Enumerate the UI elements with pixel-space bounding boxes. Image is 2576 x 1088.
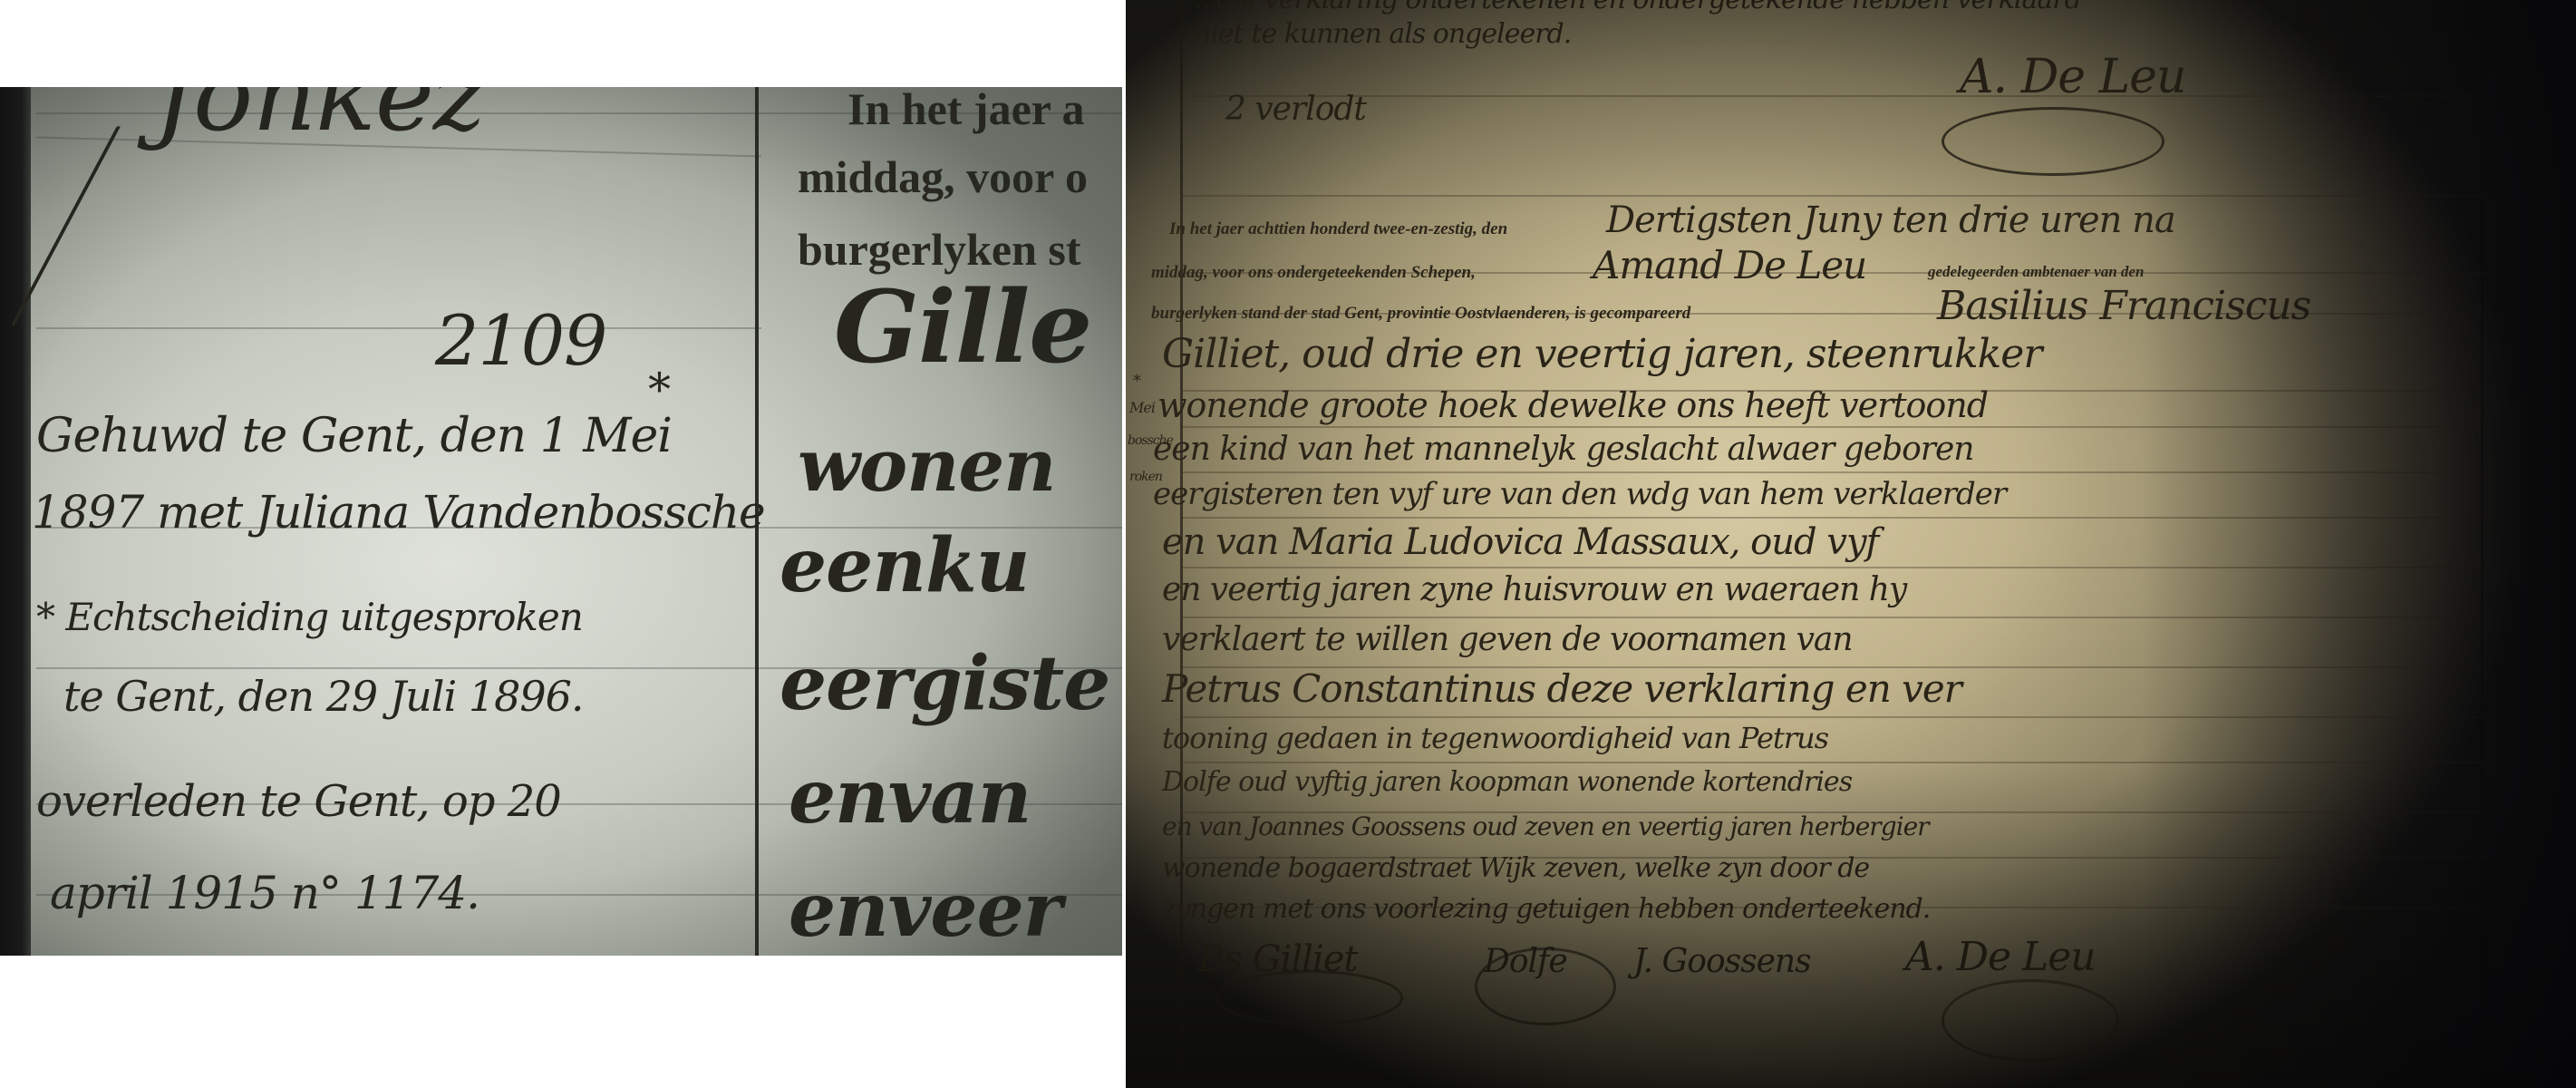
ruled-line xyxy=(1180,426,2485,428)
printed-line-3: burgerlyken stand der stad Gent, provint… xyxy=(1151,304,1690,324)
note-line-4: te Gent, den 29 Juli 1896. xyxy=(63,672,584,721)
script-fragment-3: eenku xyxy=(780,522,1029,609)
margin-fragment-4: roken xyxy=(1129,470,1162,484)
margin-fragment-2: Mei xyxy=(1129,399,1155,416)
ruled-line xyxy=(1180,95,2485,97)
left-photo-marginal-note: Jonkez 2109 * Gehuwd te Gent, den 1 Mei … xyxy=(0,87,1122,956)
printed-line-2: middag, voor ons ondergeteekenden Schepe… xyxy=(1151,263,1476,283)
ruled-line xyxy=(1180,716,2485,718)
body-line-5: en van Maria Ludovica Massaux, oud vyf xyxy=(1162,521,1878,563)
body-line-13: zyngen met ons voorlezing getuigen hebbe… xyxy=(1162,893,1930,925)
note-line-5: overleden te Gent, op 20 xyxy=(36,776,561,827)
body-line-12: wonende bogaerdstraet Wijk zeven, welke … xyxy=(1162,852,1869,884)
script-fragment-6: enveer xyxy=(789,867,1061,954)
right-photo-birth-record: ...die verklaring ondertekenen en onderg… xyxy=(1126,0,2576,1088)
signature-flourish xyxy=(1942,979,2119,1062)
body-line-3: een kind van het mannelyk geslacht alwae… xyxy=(1153,431,1974,468)
ruled-line xyxy=(1180,567,2485,568)
script-fragment-5: envan xyxy=(789,753,1031,840)
margin-fragment-asterisk: * xyxy=(1133,372,1140,391)
ruled-line xyxy=(1180,617,2485,618)
handwritten-date: Dertigsten Juny ten drie uren na xyxy=(1606,199,2175,241)
body-line-4: eergisteren ten vyf ure van den wdg van … xyxy=(1153,476,2006,512)
record-number: 2109 xyxy=(435,300,606,381)
top-signature-fragment: Jonkez xyxy=(154,87,485,153)
signature-flourish xyxy=(1942,107,2164,176)
note-line-3: * Echtscheiding uitgesproken xyxy=(36,595,583,639)
body-line-1: Gilliet, oud drie en veertig jaren, stee… xyxy=(1162,331,2041,377)
note-line-1: Gehuwd te Gent, den 1 Mei xyxy=(36,409,672,463)
handwritten-father-name: Basilius Franciscus xyxy=(1937,283,2310,329)
ruled-line xyxy=(1180,517,2485,519)
note-line-6: april 1915 n° 1174. xyxy=(50,867,479,919)
printed-fragment-2: middag, voor o xyxy=(798,151,1088,203)
body-line-7: verklaert te willen geven de voornamen v… xyxy=(1162,621,1853,658)
script-fragment-2: wonen xyxy=(798,423,1055,508)
signature-de-leu: A. De Leu xyxy=(1905,934,2096,980)
previous-record-line-2: niet te kunnen als ongeleerd. xyxy=(1194,18,1571,50)
body-line-9: tooning gedaen in tegenwoordigheid van P… xyxy=(1162,721,1828,755)
ruled-line xyxy=(36,327,761,329)
ruled-line xyxy=(1180,471,2485,473)
previous-record-line-1: ...die verklaring ondertekenen en onderg… xyxy=(1194,0,2081,15)
body-line-6: en veertig jaren zyne huisvrouw en waera… xyxy=(1162,571,1906,608)
printed-fragment-1: In het jaer a xyxy=(847,87,1085,135)
handwritten-schepen-name: Amand De Leu xyxy=(1593,243,1866,287)
body-line-2: wonende groote hoek dewelke ons heeft ve… xyxy=(1157,385,1988,425)
signature-flourish xyxy=(1475,947,1616,1025)
margin-note: 2 verlodt xyxy=(1225,91,1366,128)
ruled-line xyxy=(1180,762,2485,763)
body-line-8: Petrus Constantinus deze verklaring en v… xyxy=(1162,666,1961,711)
body-line-11: en van Joannes Goossens oud zeven en vee… xyxy=(1162,811,1929,841)
body-line-10: Dolfe oud vyftig jaren koopman wonende k… xyxy=(1162,766,1852,798)
film-edge xyxy=(0,87,31,956)
previous-signature: A. De Leu xyxy=(1960,50,2185,104)
signature-flourish xyxy=(1216,970,1403,1025)
ruled-line xyxy=(1180,195,2485,197)
printed-line-1: In het jaer achttien honderd twee-en-zes… xyxy=(1169,219,1507,239)
margin-line-right xyxy=(2481,0,2484,1088)
script-fragment-gilliet: Gille xyxy=(834,268,1091,385)
note-line-2: 1897 met Juliana Vandenbossche xyxy=(32,486,765,539)
margin-fragment-3: bossche xyxy=(1128,433,1173,448)
printed-line-2b: gedelegeerden ambtenaer van den xyxy=(1928,263,2144,281)
signature-goossens: J. Goossens xyxy=(1633,943,1811,980)
script-fragment-4: eergiste xyxy=(780,640,1109,727)
